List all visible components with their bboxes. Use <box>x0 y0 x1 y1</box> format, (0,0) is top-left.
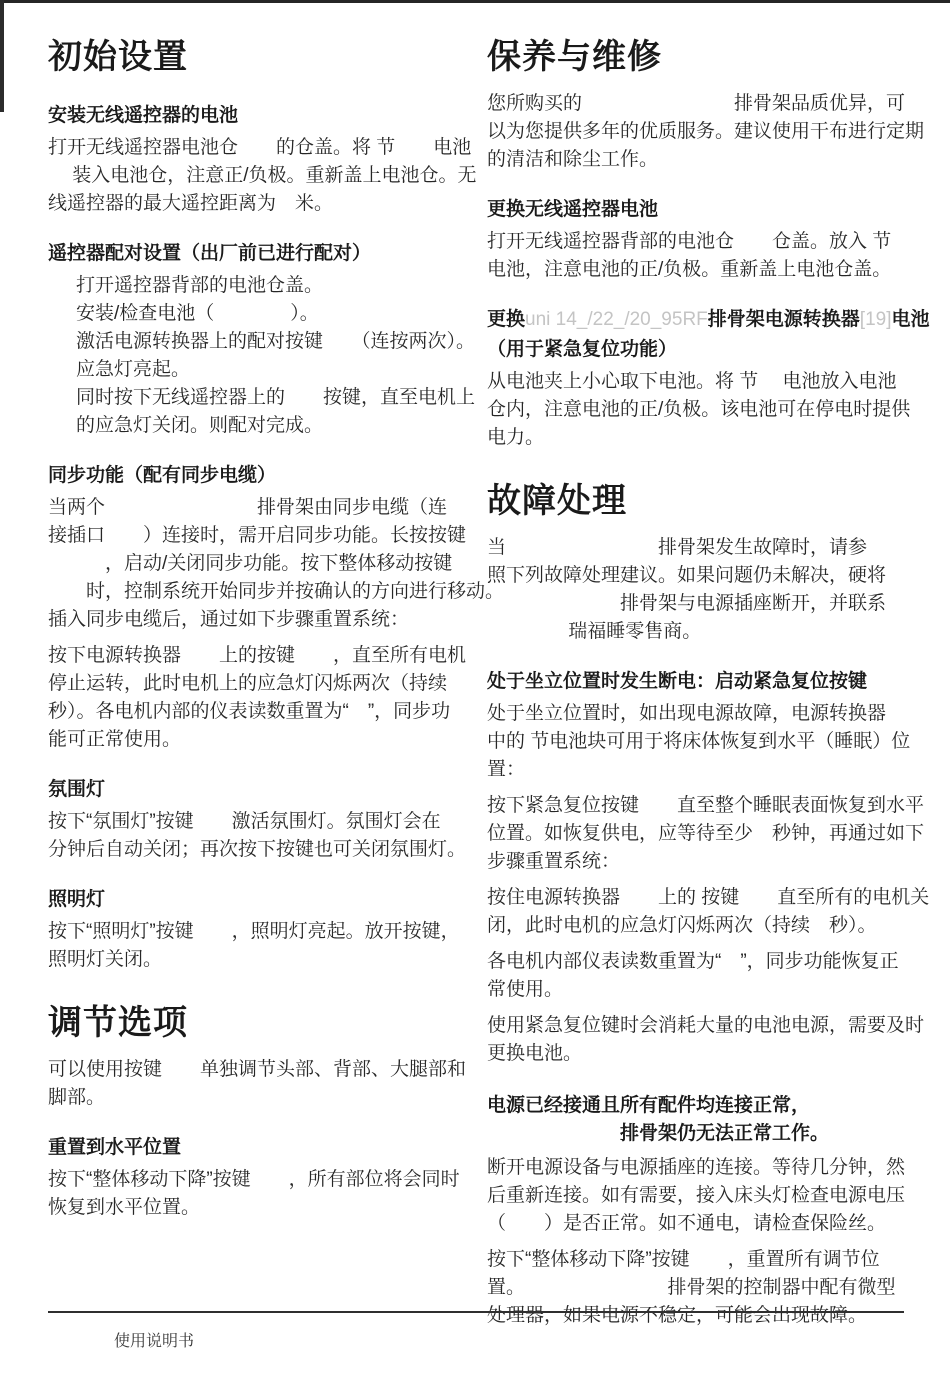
para-install-remote-battery: 打开无线遥控器电池仓 的仓盖。将 节 电池 装入电池仓，注意正/负极。重新盖上电… <box>48 134 472 218</box>
para-outage-2: 按下紧急复位按键 直至整个睡眠表面恢复到水平 位置。如恢复供电，应等待至少 秒钟… <box>487 792 911 876</box>
para-sync-function-1: 当两个 排骨架由同步电缆（连 接插口 ）连接时，需开启同步功能。长按按键 ，启动… <box>48 494 472 634</box>
subheading-middle: 排骨架电源转换器 <box>708 309 860 330</box>
para-outage-5: 使用紧急复位键时会消耗大量的电池电源，需要及时 更换电池。 <box>487 1012 911 1068</box>
subheading-install-remote-battery: 安装无线遥控器的电池 <box>48 104 472 128</box>
footer-document-title: 使用说明书 <box>114 1328 194 1351</box>
para-reset-flat: 按下“整体移动下降”按键 ，所有部位将会同时 恢复到水平位置。 <box>48 1166 472 1222</box>
left-column: 初始设置 安装无线遥控器的电池 打开无线遥控器电池仓 的仓盖。将 节 电池 装入… <box>48 28 472 1222</box>
subheading-power-outage-reset: 处于坐立位置时发生断电：启动紧急复位按键 <box>487 670 911 694</box>
subheading-suffix: 电池 <box>892 309 930 330</box>
heading-maintenance: 保养与维修 <box>487 34 911 80</box>
subheading-reset-flat: 重置到水平位置 <box>48 1136 472 1160</box>
para-power-on-1: 断开电源设备与电源插座的连接。等待几分钟，然 后重新连接。如有需要，接入床头灯检… <box>487 1154 911 1238</box>
para-replace-converter-battery: 从电池夹上小心取下电池。将 节 电池放入电池 仓内，注意电池的正/负极。该电池可… <box>487 368 911 452</box>
para-troubleshooting-intro: 当 排骨架发生故障时，请参 照下列故障处理建议。如果问题仍未解决，硬将 排骨架与… <box>487 534 911 646</box>
para-ambient-light: 按下“氛围灯”按键 激活氛围灯。氛围灯会在 分钟后自动关闭；再次按下按键也可关闭… <box>48 808 472 864</box>
para-reading-light: 按下“照明灯”按键 ，照明灯亮起。放开按键， 照明灯关闭。 <box>48 918 472 974</box>
subheading-power-on-not-working: 电源已经接通且所有配件均连接正常， 排骨架仍无法正常工作。 <box>487 1092 911 1148</box>
right-column: 保养与维修 您所购买的 排骨架品质优异，可 以为您提供多年的优质服务。建议使用干… <box>487 28 911 1330</box>
subheading-sync-function: 同步功能（配有同步电缆） <box>48 464 472 488</box>
para-sync-function-2: 按下电源转换器 上的按键 ，直至所有电机 停止运转，此时电机上的应急灯闪烁两次（… <box>48 642 472 754</box>
subheading-replace-converter-battery: 更换uni 14_/22_/20_95RF排骨架电源转换器[19]电池 <box>487 308 911 332</box>
subheading-replace-remote-battery: 更换无线遥控器电池 <box>487 198 911 222</box>
para-replace-remote-battery: 打开无线遥控器背部的电池仓 仓盖。放入 节 电池，注意电池的正/负极。重新盖上电… <box>487 228 911 284</box>
heading-troubleshooting: 故障处理 <box>487 478 911 524</box>
subheading-remote-pairing: 遥控器配对设置（出厂前已进行配对） <box>48 242 472 266</box>
subheading-ambient-light: 氛围灯 <box>48 778 472 802</box>
para-power-on-2: 按下“整体移动下降”按键 ，重置所有调节位 置。 排骨架的控制器中配有微型 处理… <box>487 1246 911 1330</box>
manual-page: 初始设置 安装无线遥控器的电池 打开无线遥控器电池仓 的仓盖。将 节 电池 装入… <box>0 0 950 1373</box>
watermark-model-code: uni 14_/22_/20_95RF <box>525 309 708 330</box>
scan-edge-left <box>0 0 4 112</box>
footer-rule <box>48 1311 904 1313</box>
para-remote-pairing-steps: 打开遥控器背部的电池仓盖。 安装/检查电池（ ）。 激活电源转换器上的配对按键 … <box>48 272 472 440</box>
scan-edge-top <box>0 0 950 3</box>
para-outage-4: 各电机内部仪表读数重置为“ ”，同步功能恢复正 常使用。 <box>487 948 911 1004</box>
subheading-prefix: 更换 <box>487 309 525 330</box>
para-maintenance-intro: 您所购买的 排骨架品质优异，可 以为您提供多年的优质服务。建议使用干布进行定期 … <box>487 90 911 174</box>
para-outage-1: 处于坐立位置时，如出现电源故障，电源转换器 中的 节电池块可用于将床体恢复到水平… <box>487 700 911 784</box>
watermark-ref-number: [19] <box>860 309 892 330</box>
heading-initial-setup: 初始设置 <box>48 34 472 80</box>
para-adjustment-intro: 可以使用按键 单独调节头部、背部、大腿部和 脚部。 <box>48 1056 472 1112</box>
subheading-replace-converter-battery-line2: （用于紧急复位功能） <box>487 338 911 362</box>
heading-adjustment-options: 调节选项 <box>48 1000 472 1046</box>
para-outage-3: 按住电源转换器 上的 按键 直至所有的电机关 闭，此时电机的应急灯闪烁两次（持续… <box>487 884 911 940</box>
subheading-reading-light: 照明灯 <box>48 888 472 912</box>
